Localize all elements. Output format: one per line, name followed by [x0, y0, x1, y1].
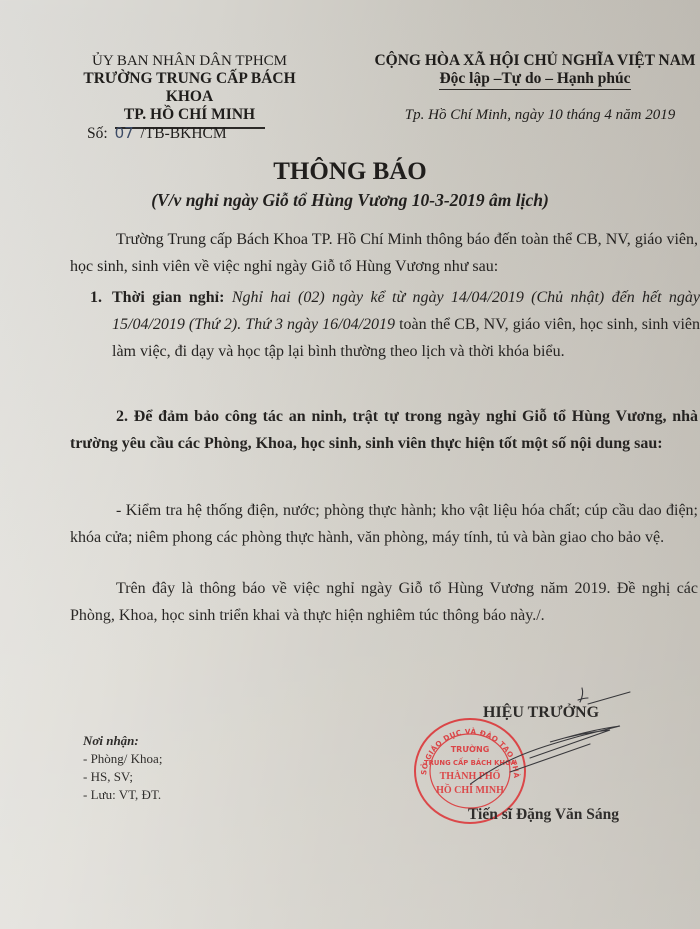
national-motto: Độc lập –Tự do – Hạnh phúc	[439, 70, 630, 90]
document-number: Số: 07 /TB-BKHCM	[87, 124, 227, 143]
item-2-paragraph: 2. Để đảm bảo công tác an ninh, trật tự …	[70, 403, 698, 457]
issuer-header: ỦY BAN NHÂN DÂN TPHCM TRƯỜNG TRUNG CẤP B…	[72, 52, 307, 129]
item-1-number: 1.	[90, 284, 102, 311]
nation-name: CỘNG HÒA XÃ HỘI CHỦ NGHĨA VIỆT NAM	[370, 52, 700, 70]
signer-name: Tiến sĩ Đặng Văn Sáng	[468, 806, 619, 824]
recipient-item: - Phòng/ Khoa;	[83, 750, 162, 768]
school-city: TP. HỒ CHÍ MINH	[72, 106, 307, 124]
national-header: CỘNG HÒA XÃ HỘI CHỦ NGHĨA VIỆT NAM Độc l…	[370, 52, 700, 90]
doc-number-handwritten: 07	[115, 124, 134, 142]
place-date: Tp. Hồ Chí Minh, ngày 10 tháng 4 năm 201…	[385, 107, 695, 124]
item-1-paragraph: 1. Thời gian nghỉ: Nghỉ hai (02) ngày kể…	[112, 284, 700, 365]
signature-icon	[470, 680, 650, 820]
recipients-block: Nơi nhận: - Phòng/ Khoa; - HS, SV; - Lưu…	[83, 732, 162, 804]
intro-paragraph: Trường Trung cấp Bách Khoa TP. Hồ Chí Mi…	[70, 226, 698, 280]
item-1-label: Thời gian nghỉ:	[112, 289, 224, 306]
checklist-bullet: - Kiểm tra hệ thống điện, nước; phòng th…	[70, 497, 698, 551]
document-subtitle: (V/v nghỉ ngày Giỗ tổ Hùng Vương 10-3-20…	[0, 190, 700, 211]
closing-paragraph: Trên đây là thông báo về việc nghỉ ngày …	[70, 575, 698, 629]
authority-name: ỦY BAN NHÂN DÂN TPHCM	[72, 52, 307, 70]
recipient-item: - Lưu: VT, ĐT.	[83, 786, 162, 804]
doc-number-label: Số:	[87, 125, 108, 142]
handwritten-signature	[470, 680, 650, 820]
doc-number-suffix: /TB-BKHCM	[141, 125, 227, 142]
recipients-heading: Nơi nhận:	[83, 732, 162, 750]
school-name: TRƯỜNG TRUNG CẤP BÁCH KHOA	[72, 70, 307, 106]
recipient-item: - HS, SV;	[83, 768, 162, 786]
document-title: THÔNG BÁO	[0, 158, 700, 186]
